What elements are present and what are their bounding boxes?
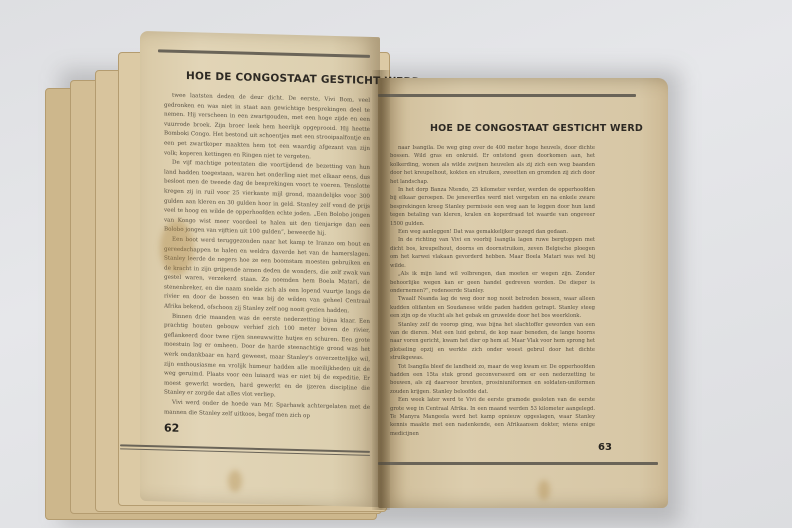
bottom-rule	[378, 462, 658, 465]
paragraph: Een boot werd teruggezonden naar het kam…	[164, 235, 370, 317]
paragraph: Tot Isangila bleef de landheid zo, maar …	[390, 363, 595, 397]
page-number: 63	[598, 442, 612, 453]
paragraph: In de richting van Vivi en voorbij Isang…	[390, 236, 595, 270]
paragraph: „Als ik mijn land wil volbrengen, dan mo…	[390, 270, 595, 295]
body-text: naar Isangila. De weg ging over de 400 m…	[390, 144, 595, 438]
paragraph: Stanley zelf de voorop ging, was bijna h…	[390, 321, 595, 363]
paragraph: Twaalf Nsanda lag de weg door nog nooit …	[390, 295, 595, 320]
right-page: HOE DE CONGOSTAAT GESTICHT WERD naar Isa…	[378, 78, 668, 508]
paragraph: De vijf machtige potentaten die voortijd…	[164, 159, 370, 241]
running-header: HOE DE CONGOSTAAT GESTICHT WERD	[430, 123, 643, 134]
photo-scene: HOE DE CONGOSTAAT GESTICHT WERD twee laa…	[0, 0, 792, 528]
top-rule	[378, 94, 636, 97]
paragraph: Binnen drie maanden was de eerste nederz…	[164, 312, 370, 404]
water-stain	[538, 480, 550, 500]
water-stain	[160, 220, 194, 275]
paragraph: Een weg aanleggen! Dat was gemakkelijker…	[390, 228, 595, 236]
paragraph: Een week later werd te Vivi de eerste gr…	[390, 396, 595, 438]
paragraph: naar Isangila. De weg ging over de 400 m…	[390, 144, 595, 186]
page-number: 62	[164, 421, 179, 434]
body-text: twee laatsten deden de deur dicht. De ee…	[164, 91, 370, 423]
top-rule	[158, 49, 370, 58]
paragraph: Vivi werd onder de hoede van Mr. Sparhaw…	[164, 398, 370, 423]
book-gutter	[372, 70, 390, 510]
paragraph: In het dorp Banza Ntendo, 25 kilometer v…	[390, 186, 595, 228]
paragraph: twee laatsten deden de deur dicht. De ee…	[164, 91, 370, 164]
water-stain	[228, 470, 242, 492]
